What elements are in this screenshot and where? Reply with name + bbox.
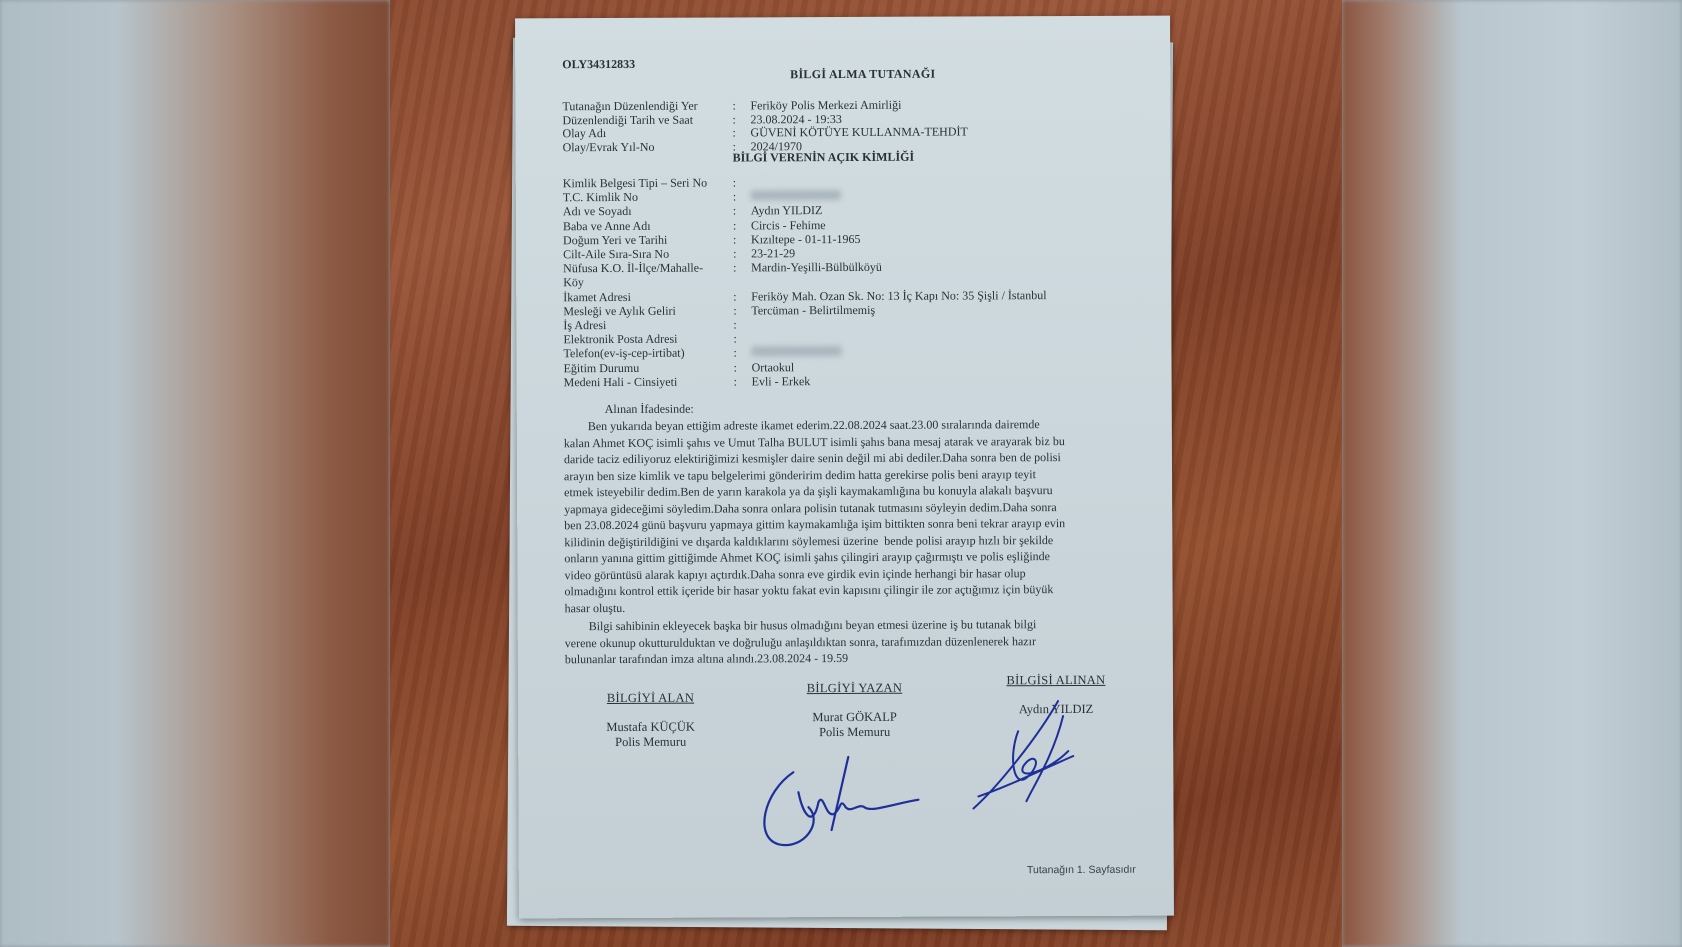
field-row: Medeni Hali - Cinsiyeti:Evli - Erkek [564,374,811,389]
field-row: Tutanağın Düzenlendiği Yer:Feriköy Polis… [562,98,901,113]
signatory-name: Mustafa KÜÇÜK [578,720,723,736]
field-row: Elektronik Posta Adresi: [563,332,751,347]
signature-role: BİLGİYİ YAZAN [782,681,927,697]
field-row: Mesleği ve Aylık Geliri:Tercüman - Belir… [563,303,875,318]
field-label: İkamet Adresi [563,289,733,304]
signature-block-receiver: BİLGİYİ ALAN Mustafa KÜÇÜK Polis Memuru [578,691,723,751]
text-line: ben 23.08.2024 günü başvuru yapmaya gitt… [564,515,1124,534]
field-row: T.C. Kimlik No: [563,189,841,204]
field-label: Olay/Evrak Yıl-No [563,139,733,154]
identity-heading: BİLGİ VERENİN AÇIK KİMLİĞİ [733,150,915,166]
field-value: Aydın YILDIZ [751,203,822,217]
statement-body: Ben yukarıda beyan ettiğim adreste ikame… [564,416,1125,616]
field-separator: : [733,125,751,139]
field-label: Düzenlendiği Tarih ve Saat [562,112,732,127]
field-row: Eğitim Durumu:Ortaokul [564,360,795,375]
field-row: Köy [563,275,751,290]
field-label: Köy [563,275,733,290]
signature-role: BİLGİYİ ALAN [578,691,723,707]
field-value: Feriköy Mah. Ozan Sk. No: 13 İç Kapı No:… [751,288,1046,303]
text-line: onların yanına gittim gittiğimde Ahmet K… [564,548,1124,567]
field-label: Cilt-Aile Sıra-Sıra No [563,246,733,261]
field-label: Telefon(ev-iş-cep-irtibat) [563,346,733,361]
field-value: Circis - Fehime [751,218,826,232]
field-label: Tutanağın Düzenlendiği Yer [562,98,732,113]
text-line: daride taciz ediliyoruz elektiriğimizi k… [564,449,1124,468]
field-separator: : [733,332,751,346]
field-separator: : [733,346,751,360]
field-label: Eğitim Durumu [564,360,734,375]
field-label: Medeni Hali - Cinsiyeti [564,374,734,389]
signatory-title: Polis Memuru [578,735,723,751]
field-row: Doğum Yeri ve Tarihi:Kızıltepe - 01-11-1… [563,232,861,247]
field-separator: : [734,374,752,388]
field-value: Kızıltepe - 01-11-1965 [751,232,861,246]
field-separator: : [733,175,751,189]
field-row: Nüfusa K.O. İl-İlçe/Mahalle-:Mardin-Yeşi… [563,260,882,275]
field-separator: : [733,303,751,317]
redacted-value [751,190,841,200]
field-label: T.C. Kimlik No [563,190,733,205]
field-value: Feriköy Polis Merkezi Amirliği [750,98,901,113]
field-separator: : [733,289,751,303]
signatory-title: Polis Memuru [782,725,927,741]
field-separator: : [733,190,751,204]
field-row: Baba ve Anne Adı:Circis - Fehime [563,218,826,233]
field-row: Telefon(ev-iş-cep-irtibat): [563,345,841,360]
field-separator: : [733,232,751,246]
redacted-value [751,346,841,356]
field-separator: : [733,246,751,260]
field-value: GÜVENİ KÖTÜYE KULLANMA-TEHDİT [751,124,968,139]
statement-heading: Alınan İfadesinde: [605,402,694,417]
field-value: 23.08.2024 - 19:33 [750,112,841,126]
page-footer: Tutanağın 1. Sayfasıdır [1027,864,1136,876]
signature-role: BİLGİSİ ALINAN [986,673,1126,689]
field-separator: : [733,204,751,218]
field-value: Mardin-Yeşilli-Bülbülköyü [751,260,882,275]
handwritten-signature-icon [958,696,1089,817]
field-value: Tercüman - Belirtilmemiş [751,303,875,318]
field-separator: : [734,360,752,374]
field-value: Ortaokul [752,360,795,374]
signatory-name: Murat GÖKALP [782,710,927,726]
field-separator: : [733,261,751,275]
field-label: Mesleği ve Aylık Geliri [563,303,733,318]
field-label: Adı ve Soyadı [563,204,733,219]
document-title: BİLGİ ALMA TUTANAĞI [515,66,1170,84]
field-label: Elektronik Posta Adresi [563,332,733,347]
field-value: Evli - Erkek [752,374,811,388]
field-label: Doğum Yeri ve Tarihi [563,232,733,247]
field-row: Kimlik Belgesi Tipi – Seri No: [563,175,751,190]
field-separator: : [733,218,751,232]
field-row: Adı ve Soyadı:Aydın YILDIZ [563,203,822,218]
blurred-background-left [0,0,390,947]
field-label: Kimlik Belgesi Tipi – Seri No [563,175,733,190]
field-value [751,345,841,359]
field-label: Olay Adı [563,125,733,140]
text-line: bulunanlar tarafından imza altına alındı… [565,649,1125,668]
text-line: hasar oluştu. [565,597,1125,616]
field-row: İş Adresi: [563,317,751,332]
field-row: Cilt-Aile Sıra-Sıra No:23-21-29 [563,246,795,261]
field-value: 23-21-29 [751,246,795,260]
field-separator: : [732,98,750,112]
field-label: Nüfusa K.O. İl-İlçe/Mahalle- [563,261,733,276]
blurred-background-right [1342,0,1682,947]
document-page: OLY34312833 BİLGİ ALMA TUTANAĞI Tutanağı… [515,16,1174,919]
field-row: İkamet Adresi:Feriköy Mah. Ozan Sk. No: … [563,288,1046,304]
field-value [751,189,841,203]
handwritten-signature-icon [753,752,923,863]
text-line: etmek isteyebilir dedim.Ben de yarın kar… [564,482,1124,501]
field-separator: : [733,317,751,331]
closing-paragraph: Bilgi sahibinin ekleyecek başka bir husu… [565,616,1125,668]
field-label: İş Adresi [563,317,733,332]
field-label: Baba ve Anne Adı [563,218,733,233]
field-separator [733,275,751,289]
field-separator: : [732,112,750,126]
text-line: olmadığını kontrol ettik içeride bir has… [565,581,1125,600]
signature-block-writer: BİLGİYİ YAZAN Murat GÖKALP Polis Memuru [782,681,927,741]
